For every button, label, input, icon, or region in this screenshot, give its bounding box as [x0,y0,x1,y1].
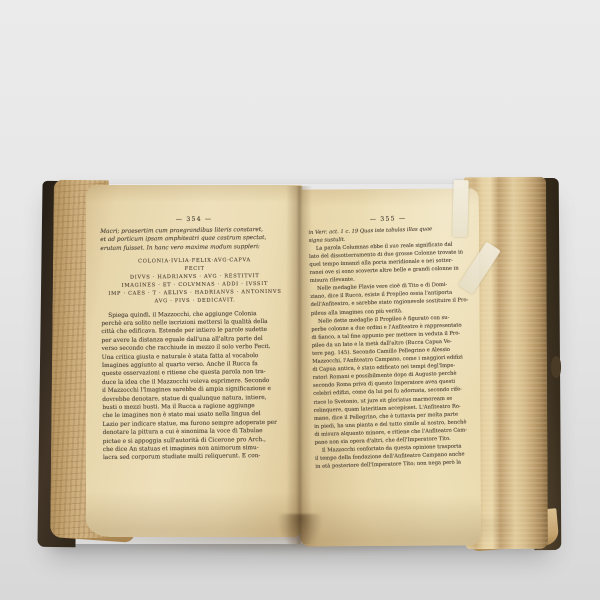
text-line: erutam fuisset. In hanc vero maxime modu… [100,242,288,253]
paragraph-columnas: La parola Columnas ebbe il suo reale sig… [309,240,470,285]
gutter-bottom-shadow [276,514,324,552]
latin-quote-continuation: Macri; praesertim cum praegrandibus lite… [100,226,288,254]
left-page-number: — 354 — [100,215,288,226]
left-body-paragraph: Spiega quindi, il Mazzocchi, che aggiung… [101,309,291,463]
book-photograph: — 354 — Macri; praesertim cum praegrandi… [0,0,600,600]
right-page-text: — 355 — in Verr. act. 1 c. 19 Quas iste … [308,213,475,471]
paragraph-mazzocchi: Il Mazzocchi confortato da questa opinio… [315,442,476,471]
paragraph-propileo: Nelle dette medaglie il Propileo è figur… [311,313,475,447]
roman-inscription: COLONIA·IVLIA·FELIX·AVG·CAPVAFECITDIVVS … [101,257,290,307]
paragraph-medaglie-flavie: Nelle medaglie Flavie vere cioè di Tito … [310,280,471,317]
cover-damage-nick [551,356,561,378]
left-page-text: — 354 — Macri; praesertim cum praegrandi… [100,215,291,463]
